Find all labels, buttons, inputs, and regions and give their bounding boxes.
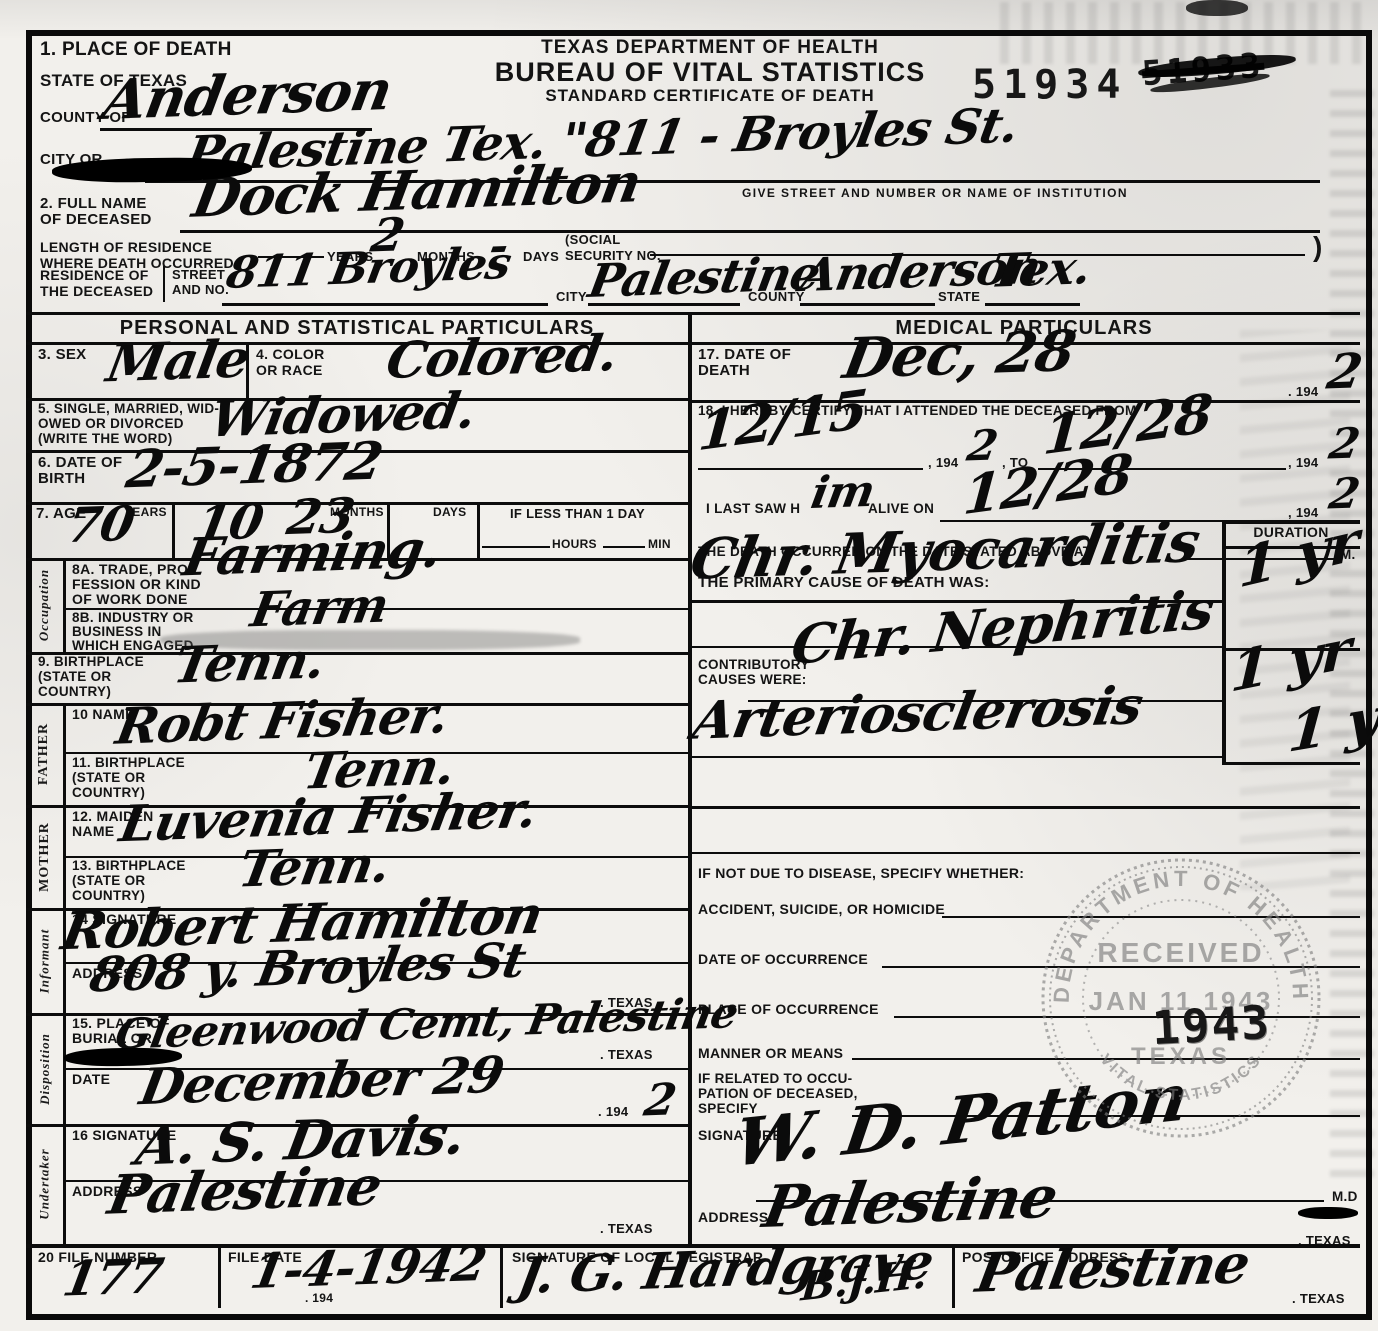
- residence-label-divider: [163, 266, 165, 302]
- disposition-side-label: Disposition: [37, 1033, 53, 1105]
- undertaker-side-strip: Undertaker: [26, 1124, 63, 1244]
- physician-struck-word: [1298, 1207, 1358, 1219]
- father-strip-divider: [63, 703, 66, 805]
- last-saw-hw-insert: im: [808, 473, 876, 513]
- mother-bp-value: Tenn.: [236, 843, 393, 891]
- right-blank-line-1: [688, 806, 1360, 809]
- dob-value: 2-5-1872: [123, 440, 385, 493]
- file-number-value: 177: [60, 1256, 165, 1300]
- band-top-line: [26, 312, 1360, 315]
- physician-addr-value: Palestine: [760, 1173, 1061, 1232]
- sex-value: Male: [104, 338, 253, 387]
- age-div-3: [477, 502, 480, 558]
- trade-value: Farming.: [180, 528, 444, 581]
- bottom-div-1: [218, 1244, 221, 1308]
- contrib-2-underline: [688, 756, 1222, 758]
- age-div-1: [172, 502, 175, 558]
- street-no-value: 811 Broyles: [224, 245, 513, 292]
- stamp-received-text: RECEIVED: [1097, 937, 1264, 968]
- registrar-initials: B.J.H.: [800, 1258, 927, 1305]
- burial-date-year-hw: 2: [642, 1081, 678, 1119]
- fullname-underline: [180, 230, 1320, 233]
- age-years-value: 70: [64, 504, 136, 547]
- dod-value: Dec, 28: [840, 328, 1078, 384]
- father-side-label: FATHER: [37, 723, 53, 785]
- mother-side-strip: MOTHER: [26, 805, 63, 908]
- street-no-underline: [222, 303, 548, 306]
- mother-side-label: MOTHER: [37, 822, 53, 892]
- birthplace-value: Tenn.: [171, 639, 328, 687]
- county-value: Anderson: [100, 67, 395, 124]
- residence-state-value: Tex.: [988, 248, 1093, 290]
- occupation-strip-divider: [63, 558, 66, 652]
- color-value: Colored.: [383, 332, 620, 382]
- occupation-side-label: Occupation: [37, 569, 53, 641]
- fullname-value: Dock Hamilton: [189, 160, 644, 221]
- disposition-side-strip: Disposition: [26, 1013, 63, 1124]
- stamp-overprint-year: 1943: [1151, 995, 1272, 1055]
- min-blank: [603, 546, 645, 548]
- residence-county-underline: [800, 303, 935, 306]
- contrib-value-2: Arteriosclerosis: [690, 684, 1146, 744]
- duration-box-left: [1222, 520, 1226, 762]
- primary-cause-value: Chr. Myocarditis: [687, 519, 1202, 584]
- bottom-div-3: [952, 1244, 955, 1308]
- column-divider: [688, 312, 692, 1244]
- postoffice-value: Palestine: [973, 1241, 1252, 1296]
- hours-blank: [482, 546, 550, 548]
- occupation-side-strip: Occupation: [26, 558, 63, 652]
- stamp-arc-top-text: DEPARTMENT OF HEALTH: [1049, 866, 1314, 1004]
- contrib-duration-2-value: 1 yr: [1287, 690, 1378, 757]
- received-stamp: DEPARTMENT OF HEALTH VITAL STATISTICS RE…: [1035, 852, 1327, 1144]
- bottom-div-2: [500, 1244, 503, 1308]
- burial-date-value: December 29: [137, 1054, 506, 1109]
- corner-smudge: [1186, 0, 1248, 16]
- row8b-line: [26, 652, 688, 655]
- residence-state-underline: [985, 303, 1080, 306]
- undertaker-strip-divider: [63, 1124, 66, 1244]
- file-date-value: 1-4-1942: [248, 1244, 489, 1293]
- undertaker-side-label: Undertaker: [37, 1148, 53, 1219]
- attended-from-blank: [698, 468, 923, 470]
- informant-side-label: Informant: [37, 928, 53, 993]
- death-certificate-scan: 1. PLACE OF DEATH STATE OF TEXAS TEXAS D…: [0, 0, 1378, 1331]
- father-side-strip: FATHER: [26, 703, 63, 805]
- industry-value: Farm: [248, 586, 391, 631]
- informant-addr-value: 808 y. Broyles St: [87, 940, 528, 996]
- residence-city-value: Palestine: [586, 254, 823, 301]
- svg-text:DEPARTMENT OF HEALTH: DEPARTMENT OF HEALTH: [1049, 866, 1314, 1004]
- undertaker-addr-value: Palestine: [105, 1163, 384, 1218]
